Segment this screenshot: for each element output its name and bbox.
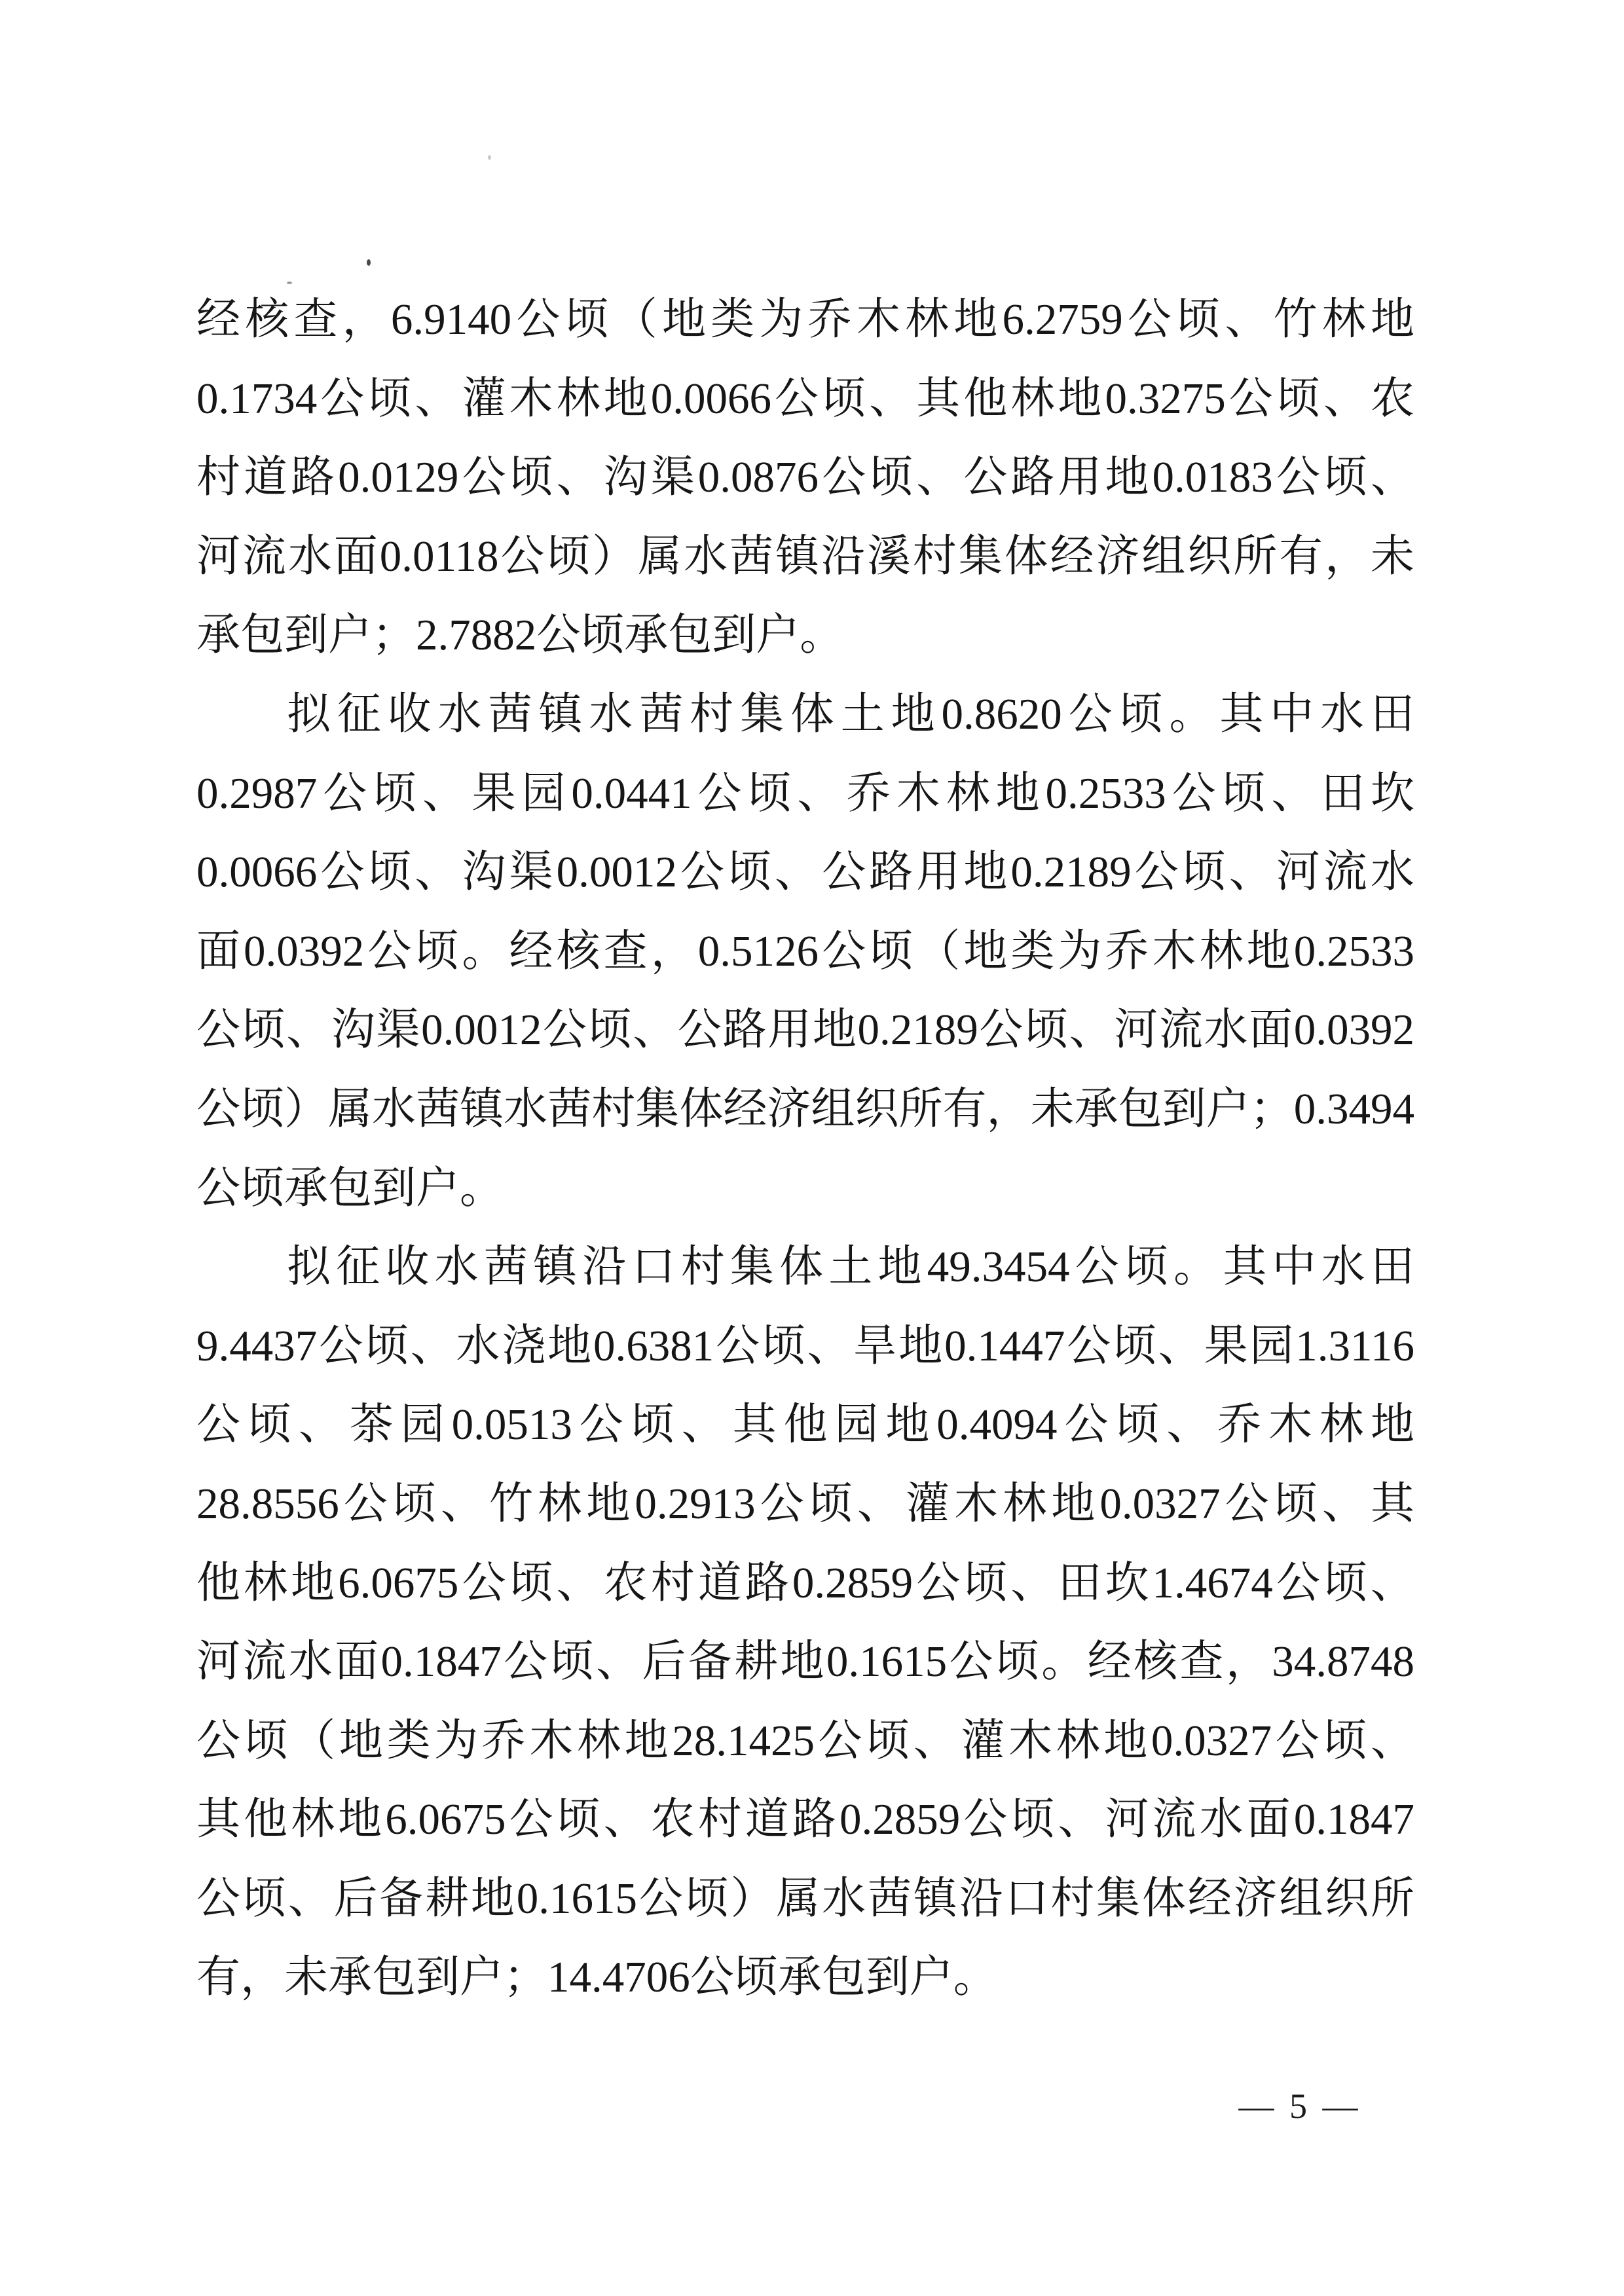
text-line: 河流水面0.1847公顷、后备耕地0.1615公顷。经核查，34.8748 — [196, 1622, 1414, 1702]
text-line: 面0.0392公顷。经核查，0.5126公顷（地类为乔木林地0.2533 — [196, 912, 1414, 991]
page-number: — 5 — — [1225, 2086, 1375, 2126]
scan-speck — [367, 259, 371, 266]
text-line: 公顷（地类为乔木林地28.1425公顷、灌木林地0.0327公顷、 — [196, 1702, 1414, 1781]
text-line: 其他林地6.0675公顷、农村道路0.2859公顷、河流水面0.1847 — [196, 1780, 1414, 1859]
text-line: 0.0066公顷、沟渠0.0012公顷、公路用地0.2189公顷、河流水 — [196, 833, 1414, 912]
text-line: 0.2987公顷、果园0.0441公顷、乔木林地0.2533公顷、田坎 — [196, 754, 1414, 833]
text-line: 9.4437公顷、水浇地0.6381公顷、旱地0.1447公顷、果园1.3116 — [196, 1307, 1414, 1386]
text-line: 他林地6.0675公顷、农村道路0.2859公顷、田坎1.4674公顷、 — [196, 1544, 1414, 1623]
text-line: 28.8556公顷、竹林地0.2913公顷、灌木林地0.0327公顷、其 — [196, 1465, 1414, 1544]
text-line: 公顷承包到户。 — [196, 1149, 1414, 1228]
text-line: 村道路0.0129公顷、沟渠0.0876公顷、公路用地0.0183公顷、 — [196, 438, 1414, 517]
text-line: 公顷、茶园0.0513公顷、其他园地0.4094公顷、乔木林地 — [196, 1385, 1414, 1465]
text-line: 有，未承包到户；14.4706公顷承包到户。 — [196, 1938, 1414, 2017]
text-line: 拟征收水茜镇水茜村集体土地0.8620公顷。其中水田 — [196, 675, 1414, 754]
text-line: 承包到户；2.7882公顷承包到户。 — [196, 596, 1414, 675]
text-line: 拟征收水茜镇沿口村集体土地49.3454公顷。其中水田 — [196, 1228, 1414, 1307]
scan-speck — [488, 155, 491, 160]
text-line: 公顷、后备耕地0.1615公顷）属水茜镇沿口村集体经济组织所 — [196, 1859, 1414, 1939]
body-text: 经核查，6.9140公顷（地类为乔木林地6.2759公顷、竹林地 0.1734公… — [196, 280, 1414, 2017]
scan-speck — [287, 282, 292, 284]
text-line: 河流水面0.0118公顷）属水茜镇沿溪村集体经济组织所有，未 — [196, 517, 1414, 596]
text-line: 公顷、沟渠0.0012公顷、公路用地0.2189公顷、河流水面0.0392 — [196, 991, 1414, 1070]
document-page: 经核查，6.9140公顷（地类为乔木林地6.2759公顷、竹林地 0.1734公… — [0, 0, 1624, 2296]
text-line: 0.1734公顷、灌木林地0.0066公顷、其他林地0.3275公顷、农 — [196, 359, 1414, 439]
text-line: 经核查，6.9140公顷（地类为乔木林地6.2759公顷、竹林地 — [196, 280, 1414, 359]
text-line: 公顷）属水茜镇水茜村集体经济组织所有，未承包到户；0.3494 — [196, 1070, 1414, 1149]
